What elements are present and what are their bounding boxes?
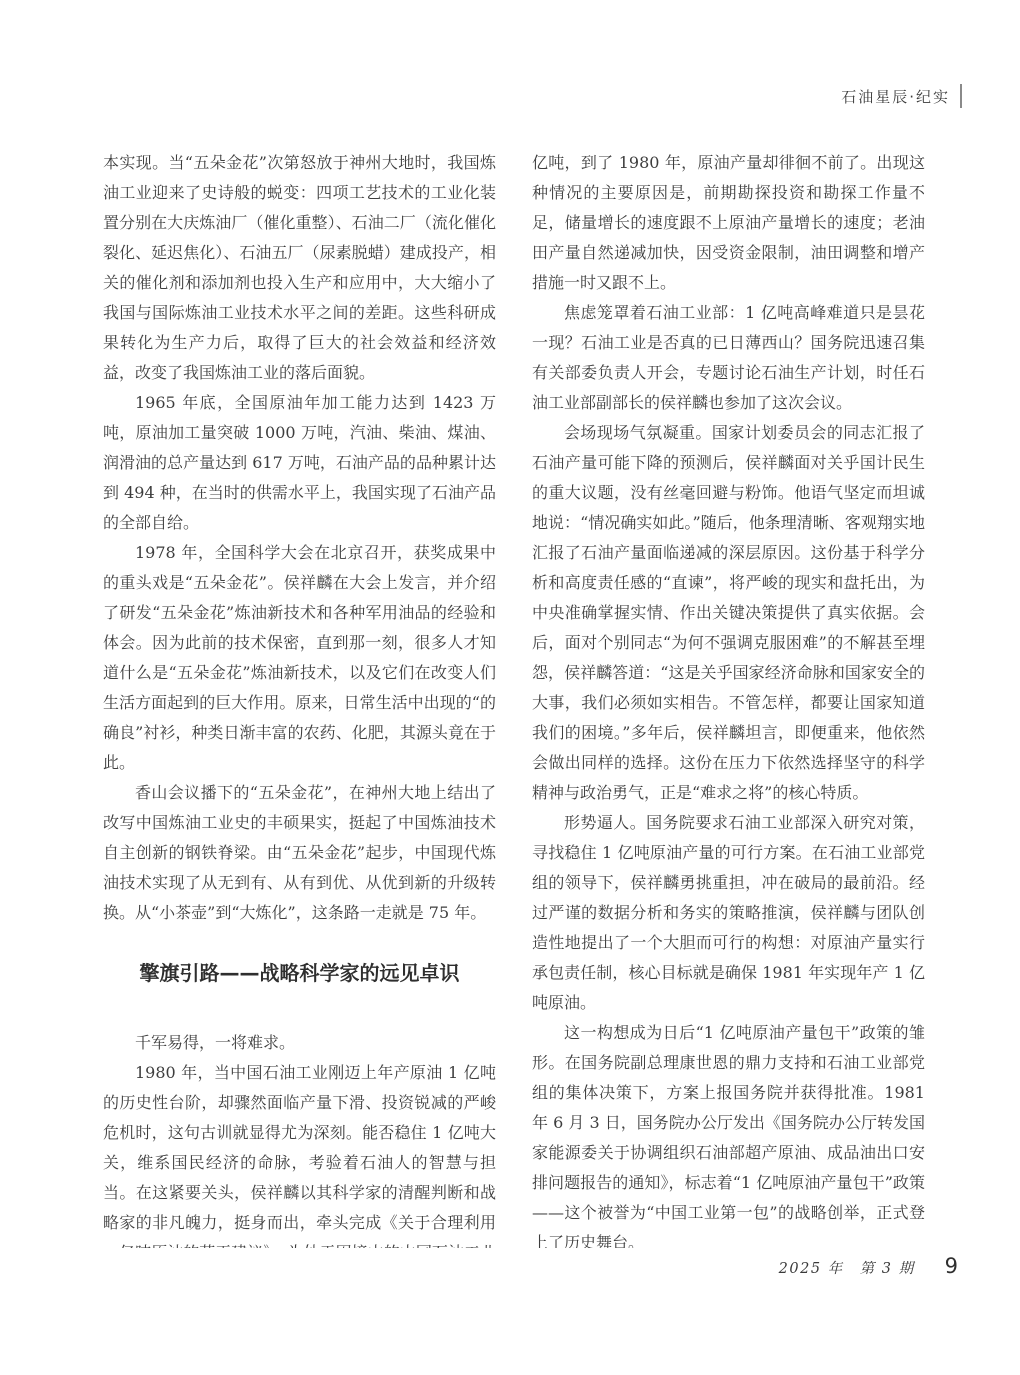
body-paragraph: 千军易得，一将难求。 bbox=[103, 1028, 496, 1058]
magazine-page: 石油星辰·纪实 本实现。当“五朵金花”次第怒放于神州大地时，我国炼油工业迎来了史… bbox=[0, 0, 1020, 1375]
text-columns: 本实现。当“五朵金花”次第怒放于神州大地时，我国炼油工业迎来了史诗般的蜕变：四项… bbox=[103, 148, 925, 1248]
body-paragraph: 香山会议播下的“五朵金花”，在神州大地上结出了改写中国炼油工业史的丰硕果实，挺起… bbox=[103, 778, 496, 928]
body-paragraph: 这一构想成为日后“1 亿吨原油产量包干”政策的雏形。在国务院副总理康世恩的鼎力支… bbox=[532, 1018, 925, 1248]
header-rule bbox=[960, 84, 962, 108]
page-footer: 2025 年 第 3 期 9 bbox=[779, 1254, 958, 1278]
body-paragraph: 亿吨，到了 1980 年，原油产量却徘徊不前了。出现这种情况的主要原因是，前期勘… bbox=[532, 148, 925, 298]
page-header: 石油星辰·纪实 bbox=[841, 84, 962, 108]
body-paragraph: 1965 年底，全国原油年加工能力达到 1423 万吨，原油加工量突破 1000… bbox=[103, 388, 496, 538]
right-column: 亿吨，到了 1980 年，原油产量却徘徊不前了。出现这种情况的主要原因是，前期勘… bbox=[532, 148, 925, 1248]
body-paragraph: 本实现。当“五朵金花”次第怒放于神州大地时，我国炼油工业迎来了史诗般的蜕变：四项… bbox=[103, 148, 496, 388]
left-column: 本实现。当“五朵金花”次第怒放于神州大地时，我国炼油工业迎来了史诗般的蜕变：四项… bbox=[103, 148, 496, 1248]
issue-info: 2025 年 第 3 期 bbox=[779, 1257, 915, 1278]
body-paragraph: 1980 年，当中国石油工业刚迈上年产原油 1 亿吨的历史性台阶，却骤然面临产量… bbox=[103, 1058, 496, 1248]
body-paragraph: 1978 年，全国科学大会在北京召开，获奖成果中的重头戏是“五朵金花”。侯祥麟在… bbox=[103, 538, 496, 778]
body-paragraph: 会场现场气氛凝重。国家计划委员会的同志汇报了石油产量可能下降的预测后，侯祥麟面对… bbox=[532, 418, 925, 808]
section-label: 石油星辰·纪实 bbox=[841, 86, 950, 107]
page-number: 9 bbox=[945, 1254, 958, 1278]
body-paragraph: 形势逼人。国务院要求石油工业部深入研究对策，寻找稳住 1 亿吨原油产量的可行方案… bbox=[532, 808, 925, 1018]
body-paragraph: 焦虑笼罩着石油工业部：1 亿吨高峰难道只是昙花一现？石油工业是否真的已日薄西山？… bbox=[532, 298, 925, 418]
section-heading: 擎旗引路——战略科学家的远见卓识 bbox=[103, 958, 496, 988]
